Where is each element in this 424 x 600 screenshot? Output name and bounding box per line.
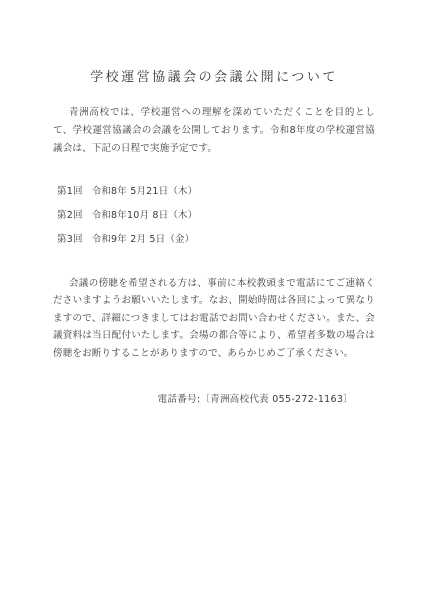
schedule-date: 令和8年 5月21日（木）	[92, 180, 198, 204]
schedule-date: 令和8年10月 8日（木）	[92, 204, 198, 228]
schedule-round-label: 第2回	[57, 204, 83, 228]
intro-paragraph: 青洲高校では、学校運営への理解を深めていただくことを目的として、学校運営協議会の…	[53, 104, 375, 158]
schedule-date: 令和9年 2月 5日（金）	[92, 228, 195, 252]
contact-phone: 電話番号:〔青洲高校代表 055-272-1163〕	[53, 391, 353, 405]
schedule-row-1: 第1回 令和8年 5月21日（木）	[57, 180, 197, 204]
document-page: 学校運営協議会の会議公開について 青洲高校では、学校運営への理解を深めていただく…	[0, 0, 424, 600]
notice-paragraph: 会議の傍聴を希望される方は、事前に本校教頭まで電話にてご連絡くださいますようお願…	[53, 275, 375, 362]
schedule-round-label: 第1回	[57, 180, 83, 204]
document-title: 学校運営協議会の会議公開について	[53, 66, 375, 85]
schedule-row-2: 第2回 令和8年10月 8日（木）	[57, 204, 197, 228]
schedule-round-label: 第3回	[57, 228, 83, 252]
schedule-row-3: 第3回 令和9年 2月 5日（金）	[57, 228, 197, 252]
meeting-schedule: 第1回 令和8年 5月21日（木） 第2回 令和8年10月 8日（木） 第3回 …	[57, 180, 197, 252]
